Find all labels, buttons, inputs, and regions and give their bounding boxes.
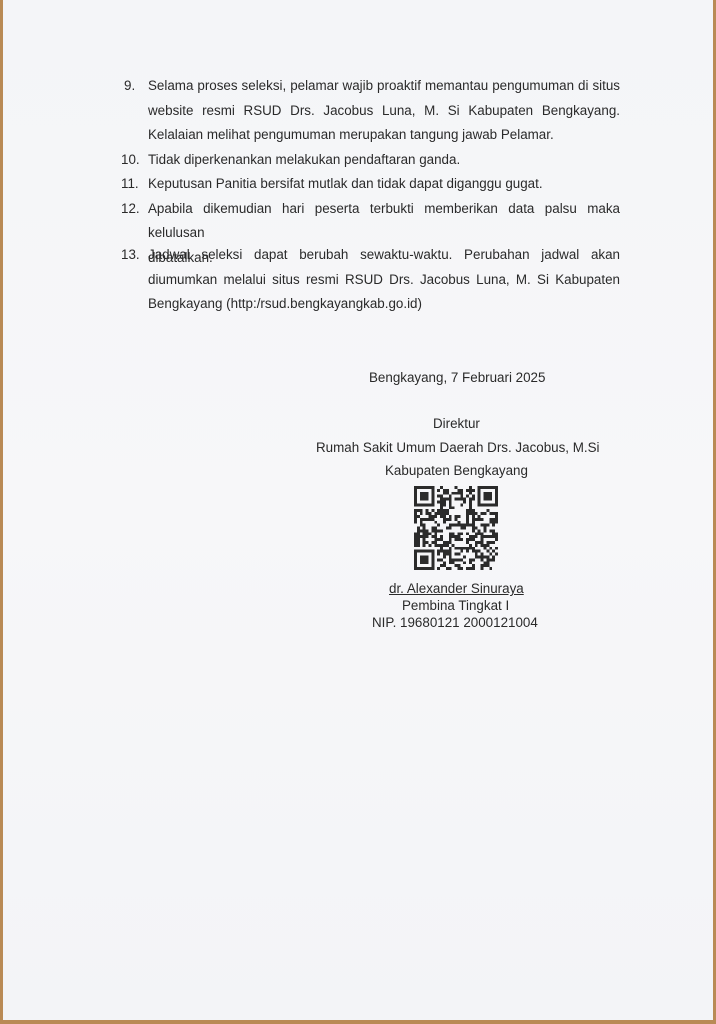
- qr-code-icon: [414, 486, 498, 570]
- signatory-name: dr. Alexander Sinuraya: [389, 581, 524, 596]
- signatory-institution: Rumah Sakit Umum Daerah Drs. Jacobus, M.…: [316, 440, 600, 455]
- signatory-nip: NIP. 19680121 2000121004: [372, 615, 538, 630]
- signatory-region: Kabupaten Bengkayang: [385, 463, 528, 478]
- item-text: Jadwal seleksi dapat berubah sewaktu-wak…: [148, 243, 620, 268]
- item-number: 10.: [121, 148, 140, 173]
- item-number: 11.: [121, 172, 139, 197]
- signatory-position: Direktur: [433, 416, 480, 431]
- place-date: Bengkayang, 7 Februari 2025: [369, 370, 545, 385]
- item-text: diumumkan melalui situs resmi RSUD Drs. …: [148, 268, 620, 293]
- item-text: Tidak diperkenankan melakukan pendaftara…: [148, 148, 620, 173]
- signatory-rank: Pembina Tingkat I: [402, 598, 509, 613]
- item-text: Keputusan Panitia bersifat mutlak dan ti…: [148, 172, 620, 197]
- item-text: Apabila dikemudian hari peserta terbukti…: [148, 197, 620, 246]
- item-text: Kelalaian melihat pengumuman merupakan t…: [148, 123, 620, 148]
- item-text: Bengkayang (http:/rsud.bengkayangkab.go.…: [148, 292, 620, 317]
- item-text: Selama proses seleksi, pelamar wajib pro…: [148, 74, 620, 99]
- item-number: 12.: [121, 197, 140, 222]
- item-text: website resmi RSUD Drs. Jacobus Luna, M.…: [148, 99, 620, 124]
- item-number: 9.: [124, 74, 135, 99]
- item-number: 13.: [121, 243, 140, 268]
